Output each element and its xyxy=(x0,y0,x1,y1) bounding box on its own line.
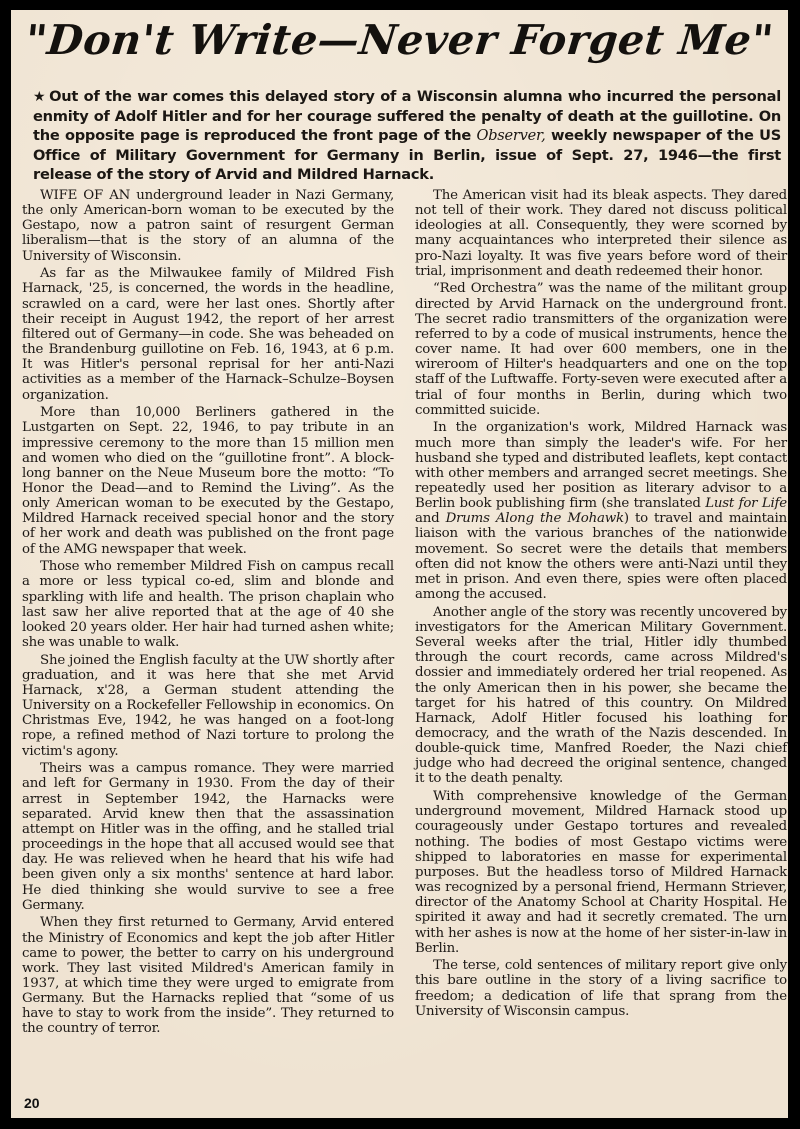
star-icon: ★ xyxy=(33,89,46,105)
paragraph: The American visit had its bleak aspects… xyxy=(415,188,787,279)
text: and xyxy=(415,511,446,526)
paragraph: More than 10,000 Berliners gathered in t… xyxy=(22,405,394,557)
magazine-page: "Don't Write—Never Forget Me" ★Out of th… xyxy=(11,10,788,1118)
paragraph: “Red Orchestra” was the name of the mili… xyxy=(415,281,787,417)
paragraph: As far as the Milwaukee family of Mildre… xyxy=(22,266,394,402)
article-intro: ★Out of the war comes this delayed story… xyxy=(33,87,781,184)
paragraph: Those who remember Mildred Fish on campu… xyxy=(22,559,394,650)
paragraph: She joined the English faculty at the UW… xyxy=(22,653,394,759)
paragraph: With comprehensive knowledge of the Germ… xyxy=(415,789,787,956)
publication-name: Observer, xyxy=(476,127,545,144)
book-title: Drums Along the Mohawk xyxy=(446,511,624,526)
paragraph: When they first returned to Germany, Arv… xyxy=(22,915,394,1036)
paragraph: Theirs was a campus romance. They were m… xyxy=(22,761,394,913)
book-title: Lust for Life xyxy=(705,496,787,511)
page-number: 20 xyxy=(24,1095,40,1111)
paragraph: Another angle of the story was recently … xyxy=(415,605,787,787)
left-column: WIFE OF AN underground leader in Nazi Ge… xyxy=(22,188,394,1039)
paragraph: WIFE OF AN underground leader in Nazi Ge… xyxy=(22,188,394,264)
paragraph: The terse, cold sentences of military re… xyxy=(415,958,787,1019)
right-column: The American visit had its bleak aspects… xyxy=(415,188,787,1021)
article-title: "Don't Write—Never Forget Me" xyxy=(8,16,790,64)
paragraph: In the organization's work, Mildred Harn… xyxy=(415,420,787,602)
